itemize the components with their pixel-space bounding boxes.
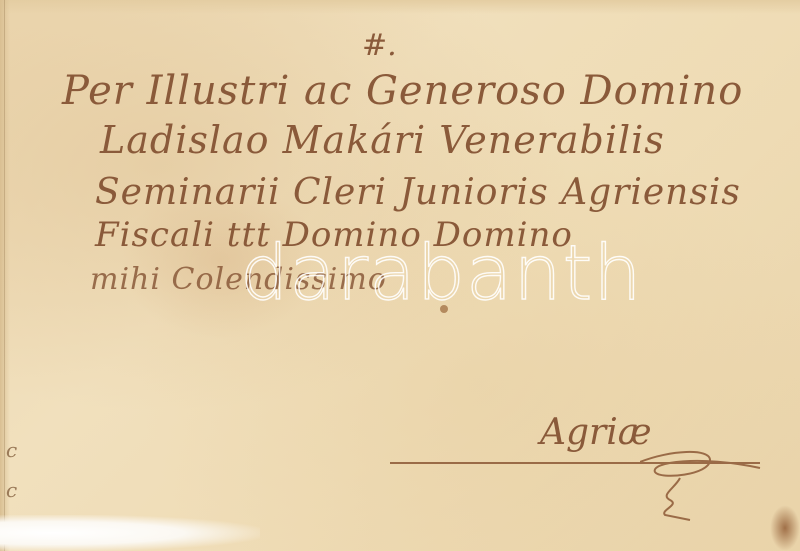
fold-line (4, 0, 5, 551)
paper-stain (770, 505, 800, 551)
address-line-1: Per Illustri ac Generoso Domino (62, 68, 743, 114)
margin-mark: c (6, 470, 17, 510)
destination-city: Agriæ (540, 412, 652, 453)
address-line-2: Ladislao Makári Venerabilis (100, 118, 665, 162)
address-line-3: Seminarii Cleri Junioris Agriensis (95, 172, 741, 213)
flourish-icon (640, 450, 770, 530)
margin-mark: c (6, 430, 17, 470)
paper-top-edge (0, 0, 800, 14)
margin-marks: c c (6, 430, 17, 510)
torn-corner (0, 515, 260, 551)
watermark: darabanth (240, 228, 643, 317)
top-mark: #. (362, 28, 397, 63)
